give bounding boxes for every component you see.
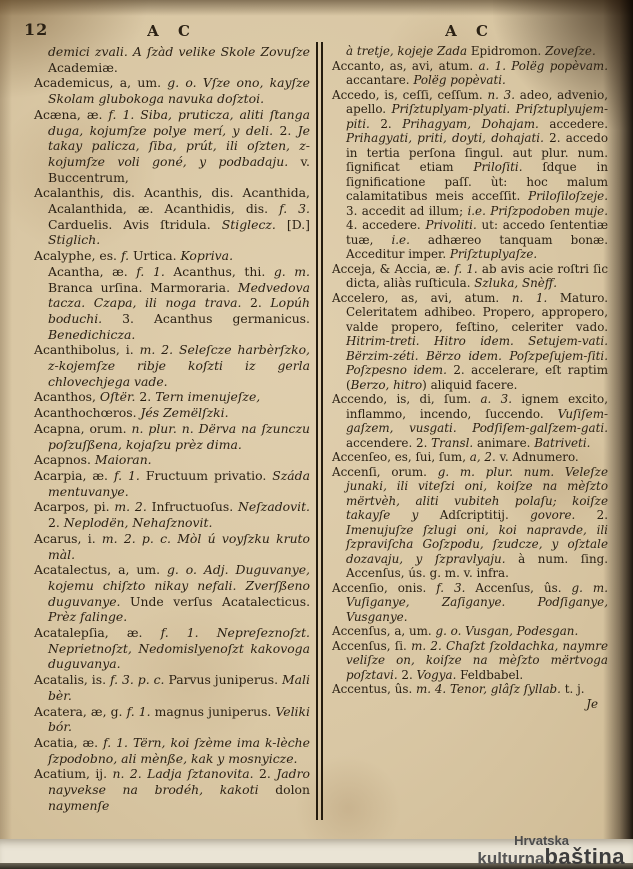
column-header-right: A C [332, 22, 608, 40]
dictionary-entry: Accentus, ûs. m. 4. Tenor, glâſz ſyllab.… [332, 682, 608, 697]
dictionary-entry: Acatera, æ, g. f. 1. magnus juniperus. V… [34, 704, 310, 735]
scanned-dictionary-page: 12 A C A C demici zvali. A ſzàd velike S… [0, 0, 633, 869]
left-edge-shadow [0, 0, 12, 869]
dictionary-entry: Acapna, orum. n. plur. n. Dërva na ſzunc… [34, 421, 310, 452]
dictionary-entry: Accenſus, a, um. g. o. Vusgan, Podesgan. [332, 624, 608, 639]
watermark-line-2b: baština [544, 844, 625, 869]
dictionary-entry: Acatium, ij. n. 2. Ladja ſztanovita. 2. … [34, 766, 310, 813]
dictionary-entry: Acatalis, is. f. 3. p. c. Parvus juniper… [34, 672, 310, 703]
column-header-left: A C [34, 22, 310, 40]
entry-continuation: Acantha, æ. f. 1. Acanthus, thi. g. m. B… [34, 264, 310, 343]
dictionary-entry: Accenſi, orum. g. m. plur. num. Veleſze … [332, 465, 608, 581]
dictionary-entry: Accedo, is, ceſſi, ceſſum. n. 3. adeo, a… [332, 88, 608, 262]
left-text-column: demici zvali. A ſzàd velike Skole Zovuſz… [34, 44, 310, 813]
dictionary-entry: Academicus, a, um. g. o. Vſze ono, kayſz… [34, 75, 310, 106]
watermark: Hrvatska kulturnabaština [477, 835, 625, 868]
dictionary-entry: Acatalepſia, æ. f. 1. Nepreſeznoſzt. Nep… [34, 625, 310, 672]
dictionary-entry: Accenſeo, es, ſui, ſum, a, 2. v. Adnumer… [332, 450, 608, 465]
dictionary-entry: Acalyphe, es. f. Urtica. Kopriva. [34, 248, 310, 264]
dictionary-entry: Acanthibolus, i. m. 2. Seleſcze harbèrſz… [34, 342, 310, 389]
entry-continuation: à tretje, kojeje Zada Epidromon. Zoveſze… [332, 44, 608, 59]
dictionary-entry: Acarus, i. m. 2. p. c. Mòl ú voyſzku kru… [34, 531, 310, 562]
dictionary-entry: Acarpos, pi. m. 2. Infructuoſus. Neſzado… [34, 499, 310, 530]
catchword: Je [332, 697, 608, 712]
column-divider-rule [316, 42, 323, 820]
dictionary-entry: Accenſus, ſi. m. 2. Chaſzt ſzoldachka, n… [332, 639, 608, 683]
dictionary-entry: Accenſio, onis. f. 3. Accenſus, ûs. g. m… [332, 581, 608, 625]
dictionary-entry: Acapnos. Maioran. [34, 452, 310, 468]
dictionary-entry: Acanthos, Oſtër. 2. Tern imenujeſze, [34, 389, 310, 405]
dictionary-entry: Acceja, & Accia, æ. f. 1. ab avis acie r… [332, 262, 608, 291]
dictionary-entry: Accanto, as, avi, atum. a. 1. Polëg popè… [332, 59, 608, 88]
dictionary-entry: Acatia, æ. f. 1. Tërn, koi ſzème ima k-l… [34, 735, 310, 766]
dictionary-entry: Acatalectus, a, um. g. o. Adj. Duguvanye… [34, 562, 310, 625]
dictionary-entry: Accendo, is, di, ſum. a. 3. ignem excito… [332, 392, 608, 450]
right-text-column: à tretje, kojeje Zada Epidromon. Zoveſze… [332, 44, 608, 711]
entry-continuation: demici zvali. A ſzàd velike Skole Zovuſz… [34, 44, 310, 75]
dictionary-entry: Acanthochœros. Jés Zemëlſzki. [34, 405, 310, 421]
dictionary-entry: Acæna, æ. f. 1. Siba, pruticza, aliti ſt… [34, 107, 310, 186]
dictionary-entry: Acalanthis, dis. Acanthis, dis. Acanthid… [34, 185, 310, 248]
dictionary-entry: Accelero, as, avi, atum. n. 1. Maturo. C… [332, 291, 608, 393]
watermark-line-2a: kulturna [477, 849, 544, 868]
dictionary-entry: Acarpia, æ. f. 1. Fructuum privatio. Szá… [34, 468, 310, 499]
right-edge-shadow [603, 0, 633, 869]
